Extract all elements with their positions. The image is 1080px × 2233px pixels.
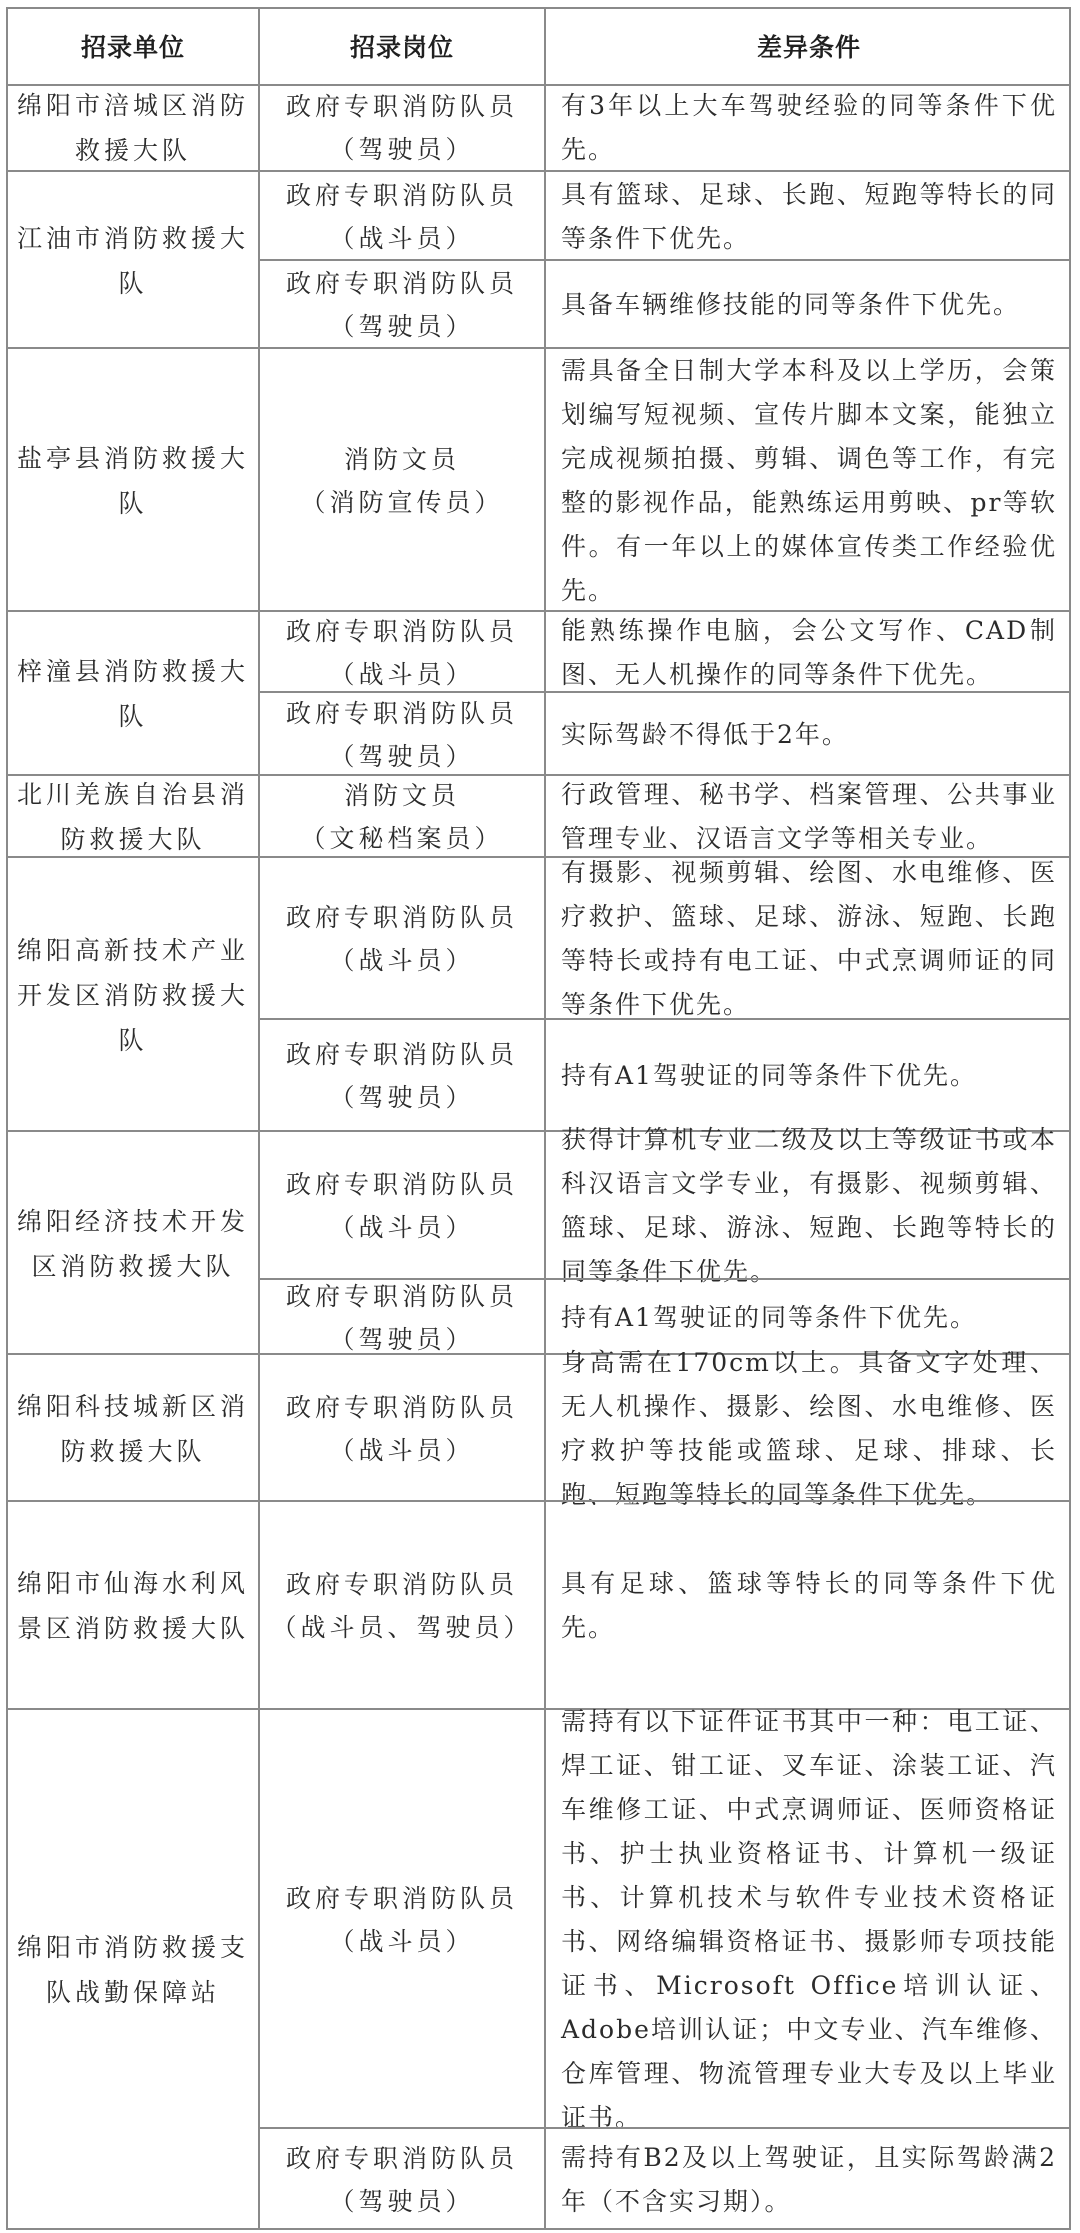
cell-condition: 有摄影、视频剪辑、绘图、水电维修、医疗救护、篮球、足球、游泳、短跑、长跑等特长或… [546,858,1071,1020]
condition-text: 持有A1驾驶证的同等条件下优先。 [561,1296,1057,1340]
condition-text: 有3年以上大车驾驶经验的同等条件下优先。 [561,84,1057,172]
header-unit: 招录单位 [8,9,258,86]
condition-text: 具有足球、篮球等特长的同等条件下优先。 [561,1562,1057,1650]
cell-condition: 需具备全日制大学本科及以上学历，会策划编写短视频、宣传片脚本文案，能独立完成视频… [546,349,1071,612]
cell-unit: 盐亭县消防救援大队 [8,349,258,612]
cell-position: 政府专职消防队员 （驾驶员） [260,2129,544,2230]
cell-condition: 持有A1驾驶证的同等条件下优先。 [546,1020,1071,1132]
condition-text: 获得计算机专业二级及以上等级证书或本科汉语言文学专业，有摄影、视频剪辑、篮球、足… [561,1118,1057,1294]
cell-position: 政府专职消防队员 （战斗员） [260,1355,544,1502]
condition-text: 身高需在170cm以上。具备文字处理、无人机操作、摄影、绘图、水电维修、医疗救护… [561,1341,1057,1517]
cell-unit: 江油市消防救援大队 [8,172,258,349]
cell-position: 政府专职消防队员 （驾驶员） [260,693,544,776]
cell-unit: 绵阳高新技术产业开发区消防救援大队 [8,858,258,1132]
cell-position: 政府专职消防队员 （战斗员） [260,858,544,1020]
cell-unit: 梓潼县消防救援大队 [8,612,258,776]
cell-unit: 绵阳市涪城区消防救援大队 [8,84,258,172]
condition-text: 具备车辆维修技能的同等条件下优先。 [561,283,1057,327]
cell-condition: 行政管理、秘书学、档案管理、公共事业管理专业、汉语言文学等相关专业。 [546,776,1071,858]
cell-position: 消防文员 （消防宣传员） [260,349,544,612]
cell-unit: 绵阳科技城新区消防救援大队 [8,1355,258,1502]
condition-text: 具有篮球、足球、长跑、短跑等特长的同等条件下优先。 [561,173,1057,261]
condition-text: 实际驾龄不得低于2年。 [561,713,1057,757]
cell-unit: 北川羌族自治县消防救援大队 [8,776,258,858]
cell-condition: 有3年以上大车驾驶经验的同等条件下优先。 [546,84,1071,172]
header-condition: 差异条件 [546,9,1071,86]
cell-condition: 身高需在170cm以上。具备文字处理、无人机操作、摄影、绘图、水电维修、医疗救护… [546,1355,1071,1502]
condition-text: 能熟练操作电脑，会公文写作、CAD制图、无人机操作的同等条件下优先。 [561,609,1057,697]
cell-position: 政府专职消防队员 （驾驶员） [260,1280,544,1355]
cell-condition: 需持有B2及以上驾驶证，且实际驾龄满2年（不含实习期）。 [546,2129,1071,2230]
cell-condition: 需持有以下证件证书其中一种：电工证、焊工证、钳工证、叉车证、涂装工证、汽车维修工… [546,1710,1071,2129]
cell-condition: 实际驾龄不得低于2年。 [546,693,1071,776]
row-divider [258,2228,1069,2230]
cell-condition: 获得计算机专业二级及以上等级证书或本科汉语言文学专业，有摄影、视频剪辑、篮球、足… [546,1132,1071,1280]
cell-condition: 具备车辆维修技能的同等条件下优先。 [546,261,1071,349]
condition-text: 持有A1驾驶证的同等条件下优先。 [561,1054,1057,1098]
recruitment-conditions-table: 招录单位 招录岗位 差异条件 绵阳市涪城区消防救援大队江油市消防救援大队盐亭县消… [6,7,1071,2230]
cell-unit: 绵阳经济技术开发区消防救援大队 [8,1132,258,1355]
condition-text: 需具备全日制大学本科及以上学历，会策划编写短视频、宣传片脚本文案，能独立完成视频… [561,349,1057,613]
condition-text: 行政管理、秘书学、档案管理、公共事业管理专业、汉语言文学等相关专业。 [561,773,1057,861]
cell-condition: 能熟练操作电脑，会公文写作、CAD制图、无人机操作的同等条件下优先。 [546,612,1071,693]
cell-position: 政府专职消防队员 （驾驶员） [260,84,544,172]
cell-position: 政府专职消防队员 （驾驶员） [260,261,544,349]
cell-position: 政府专职消防队员 （战斗员、驾驶员） [260,1502,544,1710]
cell-position: 政府专职消防队员 （战斗员） [260,1710,544,2129]
cell-position: 政府专职消防队员 （战斗员） [260,612,544,693]
cell-position: 消防文员 （文秘档案员） [260,776,544,858]
condition-text: 需持有B2及以上驾驶证，且实际驾龄满2年（不含实习期）。 [561,2136,1057,2224]
header-position: 招录岗位 [260,9,544,86]
cell-condition: 具有篮球、足球、长跑、短跑等特长的同等条件下优先。 [546,172,1071,261]
cell-position: 政府专职消防队员 （驾驶员） [260,1020,544,1132]
cell-unit: 绵阳市仙海水利风景区消防救援大队 [8,1502,258,1710]
cell-condition: 具有足球、篮球等特长的同等条件下优先。 [546,1502,1071,1710]
condition-text: 需持有以下证件证书其中一种：电工证、焊工证、钳工证、叉车证、涂装工证、汽车维修工… [561,1700,1057,2140]
cell-position: 政府专职消防队员 （战斗员） [260,1132,544,1280]
cell-unit: 绵阳市消防救援支队战勤保障站 [8,1710,258,2230]
cell-position: 政府专职消防队员 （战斗员） [260,172,544,261]
condition-text: 有摄影、视频剪辑、绘图、水电维修、医疗救护、篮球、足球、游泳、短跑、长跑等特长或… [561,851,1057,1027]
